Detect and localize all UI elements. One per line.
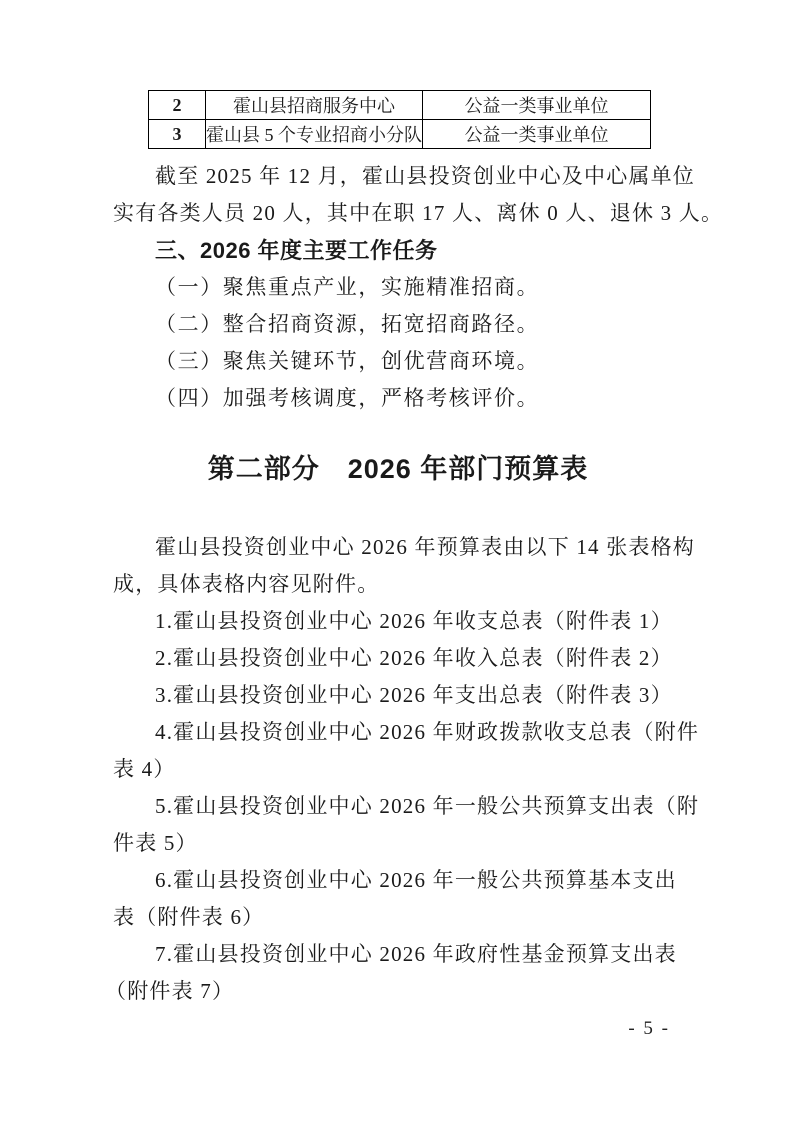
- row-unit-type: 公益一类事业单位: [423, 120, 651, 149]
- subordinate-units-table: 2 霍山县招商服务中心 公益一类事业单位 3 霍山县 5 个专业招商小分队 公益…: [148, 90, 651, 149]
- budget-table-item-4-line-2: 表 4）: [113, 751, 683, 788]
- document-page: 2 霍山县招商服务中心 公益一类事业单位 3 霍山县 5 个专业招商小分队 公益…: [0, 0, 793, 1122]
- row-unit-name: 霍山县 5 个专业招商小分队: [206, 120, 423, 149]
- budget-table-item-3: 3.霍山县投资创业中心 2026 年支出总表（附件表 3）: [113, 677, 683, 714]
- row-index: 3: [149, 120, 206, 149]
- row-index: 2: [149, 91, 206, 120]
- budget-table-item-7-line-1: 7.霍山县投资创业中心 2026 年政府性基金预算支出表: [113, 936, 683, 973]
- staffing-paragraph-line-1: 截至 2025 年 12 月，霍山县投资创业中心及中心属单位: [113, 158, 683, 195]
- table-row: 3 霍山县 5 个专业招商小分队 公益一类事业单位: [149, 120, 651, 149]
- budget-table-item-1: 1.霍山县投资创业中心 2026 年收支总表（附件表 1）: [113, 603, 683, 640]
- task-item-3: （三）聚焦关键环节，创优营商环境。: [113, 343, 683, 380]
- row-unit-type: 公益一类事业单位: [423, 91, 651, 120]
- part2-intro-line-2: 成，具体表格内容见附件。: [113, 566, 683, 603]
- budget-table-item-2: 2.霍山县投资创业中心 2026 年收入总表（附件表 2）: [113, 640, 683, 677]
- part2-intro-line-1: 霍山县投资创业中心 2026 年预算表由以下 14 张表格构: [113, 529, 683, 566]
- budget-table-item-5-line-2: 件表 5）: [113, 825, 683, 862]
- task-item-4: （四）加强考核调度，严格考核评价。: [113, 380, 683, 417]
- table-row: 2 霍山县招商服务中心 公益一类事业单位: [149, 91, 651, 120]
- budget-table-item-5-line-1: 5.霍山县投资创业中心 2026 年一般公共预算支出表（附: [113, 788, 683, 825]
- task-item-1: （一）聚焦重点产业，实施精准招商。: [113, 269, 683, 306]
- staffing-paragraph-line-2: 实有各类人员 20 人，其中在职 17 人、离休 0 人、退休 3 人。: [113, 195, 683, 232]
- budget-table-item-6-line-2: 表（附件表 6）: [113, 899, 683, 936]
- budget-table-item-6-line-1: 6.霍山县投资创业中心 2026 年一般公共预算基本支出: [113, 862, 683, 899]
- budget-table-item-7-line-2: （附件表 7）: [105, 973, 683, 1010]
- budget-table-item-4-line-1: 4.霍山县投资创业中心 2026 年财政拨款收支总表（附件: [113, 714, 683, 751]
- page-number: - 5 -: [113, 1019, 670, 1039]
- row-unit-name: 霍山县招商服务中心: [206, 91, 423, 120]
- section3-heading: 三、2026 年度主要工作任务: [113, 232, 683, 269]
- part2-heading: 第二部分 2026 年部门预算表: [113, 449, 683, 489]
- task-item-2: （二）整合招商资源，拓宽招商路径。: [113, 306, 683, 343]
